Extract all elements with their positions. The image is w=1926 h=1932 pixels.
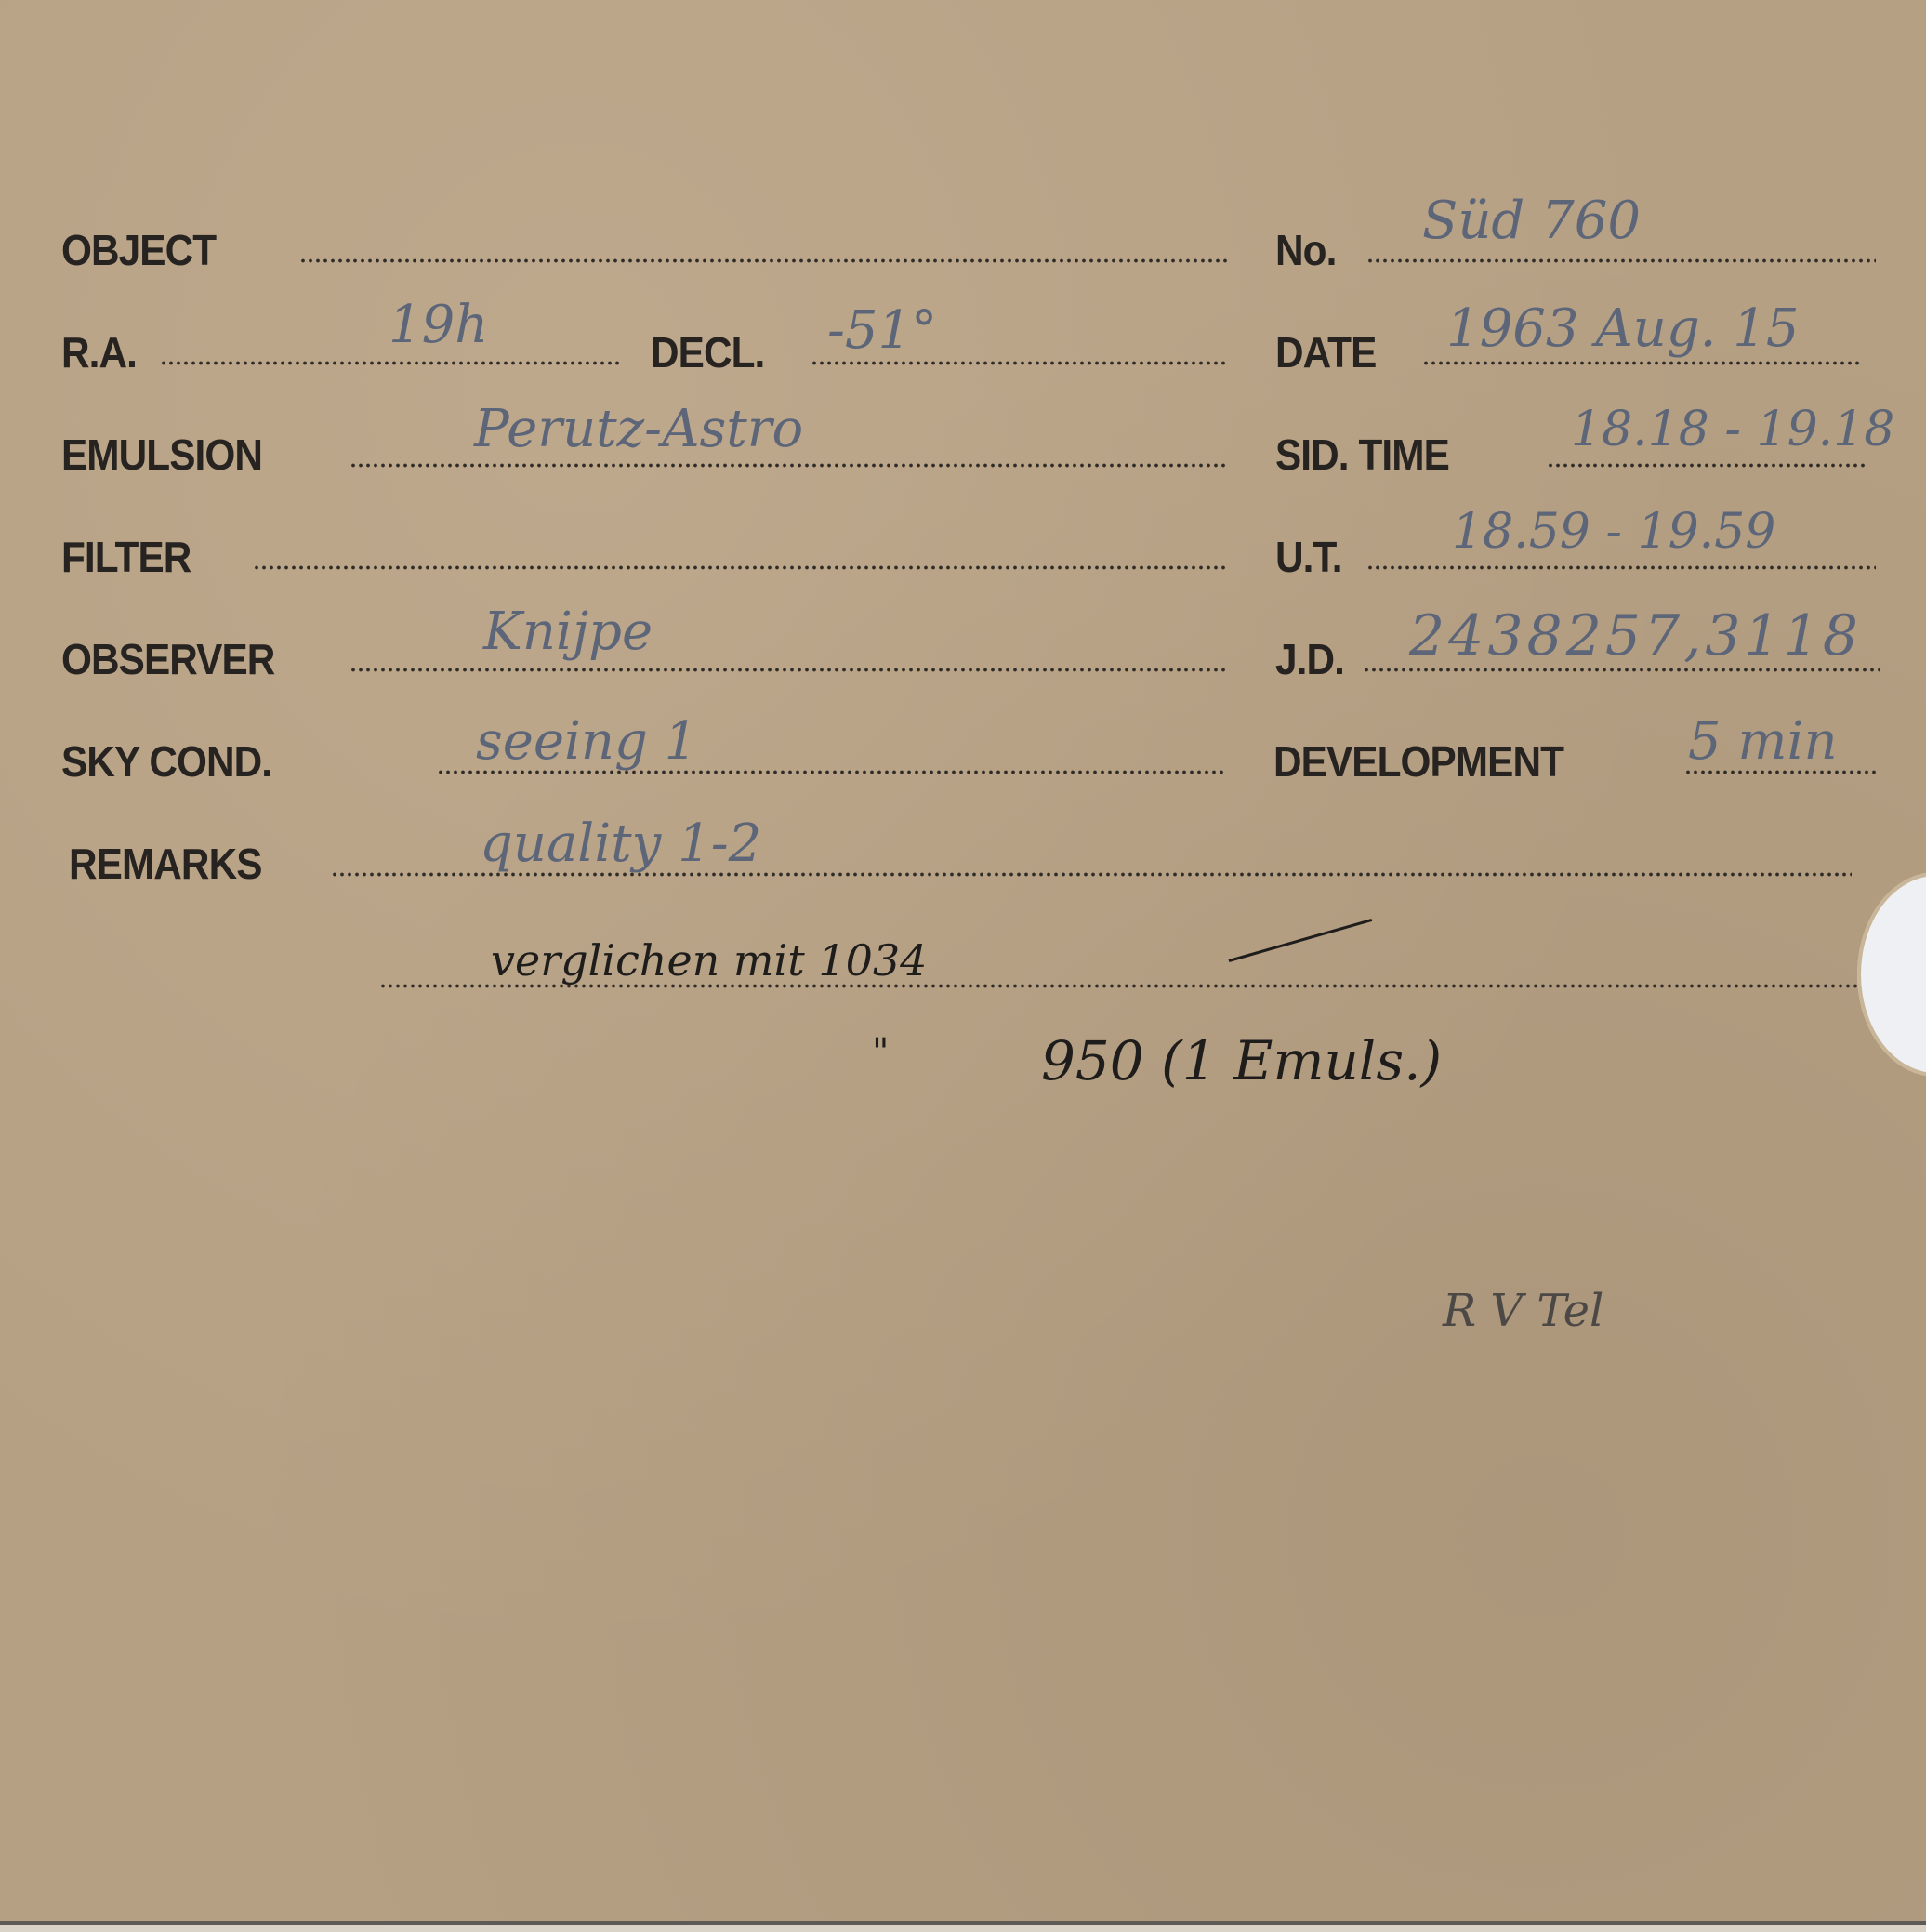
ut-value: 18.59 - 19.59 [1452, 508, 1775, 556]
pencil-note-star-name: R V Tel [1443, 1289, 1603, 1333]
remarks-label: REMARKS [69, 842, 262, 885]
object-field-line [299, 258, 1229, 263]
thumb-cutout [1857, 872, 1926, 1077]
date-value: 1963 Aug. 15 [1446, 303, 1800, 355]
remarks-value: quality 1-2 [480, 818, 761, 870]
comparison-note-line-2: 950 (1 Emuls.) [1041, 1034, 1442, 1088]
date-label: DATE [1275, 331, 1376, 374]
decl-field-line [811, 361, 1229, 365]
observer-value: Knijpe [483, 606, 653, 658]
jd-value: 2438257,3118 [1409, 608, 1862, 664]
sid-time-label: SID. TIME [1275, 433, 1449, 476]
sky-cond-label: SKY COND. [61, 740, 271, 783]
ra-field-line [160, 361, 623, 365]
ra-value: 19h [389, 299, 488, 351]
comparison-note-line-1: verglichen mit 1034 [491, 939, 927, 982]
plate-envelope: OBJECT No. Süd 760 R.A. 19h DECL. -51° D… [0, 0, 1926, 1925]
emulsion-label: EMULSION [61, 433, 262, 476]
observer-label: OBSERVER [61, 638, 274, 681]
filter-field-line [253, 565, 1229, 570]
ut-field-line [1366, 565, 1876, 570]
jd-label: J.D. [1275, 638, 1344, 681]
observer-field-line [350, 668, 1229, 672]
no-value: Süd 760 [1422, 195, 1641, 247]
sky-cond-value: seeing 1 [476, 716, 697, 768]
development-label: DEVELOPMENT [1273, 740, 1563, 783]
emulsion-value: Perutz-Astro [474, 404, 803, 456]
ra-label: R.A. [61, 331, 137, 374]
date-field-line [1422, 361, 1859, 365]
sid-time-field-line [1547, 463, 1868, 468]
scan-edge [0, 1925, 1926, 1932]
object-label: OBJECT [61, 229, 216, 271]
development-value: 5 min [1688, 716, 1838, 768]
decl-label: DECL. [651, 331, 764, 374]
filter-label: FILTER [61, 536, 191, 578]
ut-label: U.T. [1275, 536, 1342, 578]
decl-value: -51° [827, 305, 937, 357]
sid-time-value: 18.18 - 19.18 [1571, 405, 1894, 454]
ditto-mark: " [872, 1034, 889, 1071]
ink-stroke [1229, 919, 1373, 962]
no-field-line [1366, 258, 1876, 263]
emulsion-field-line [350, 463, 1229, 468]
no-label: No. [1275, 229, 1336, 271]
